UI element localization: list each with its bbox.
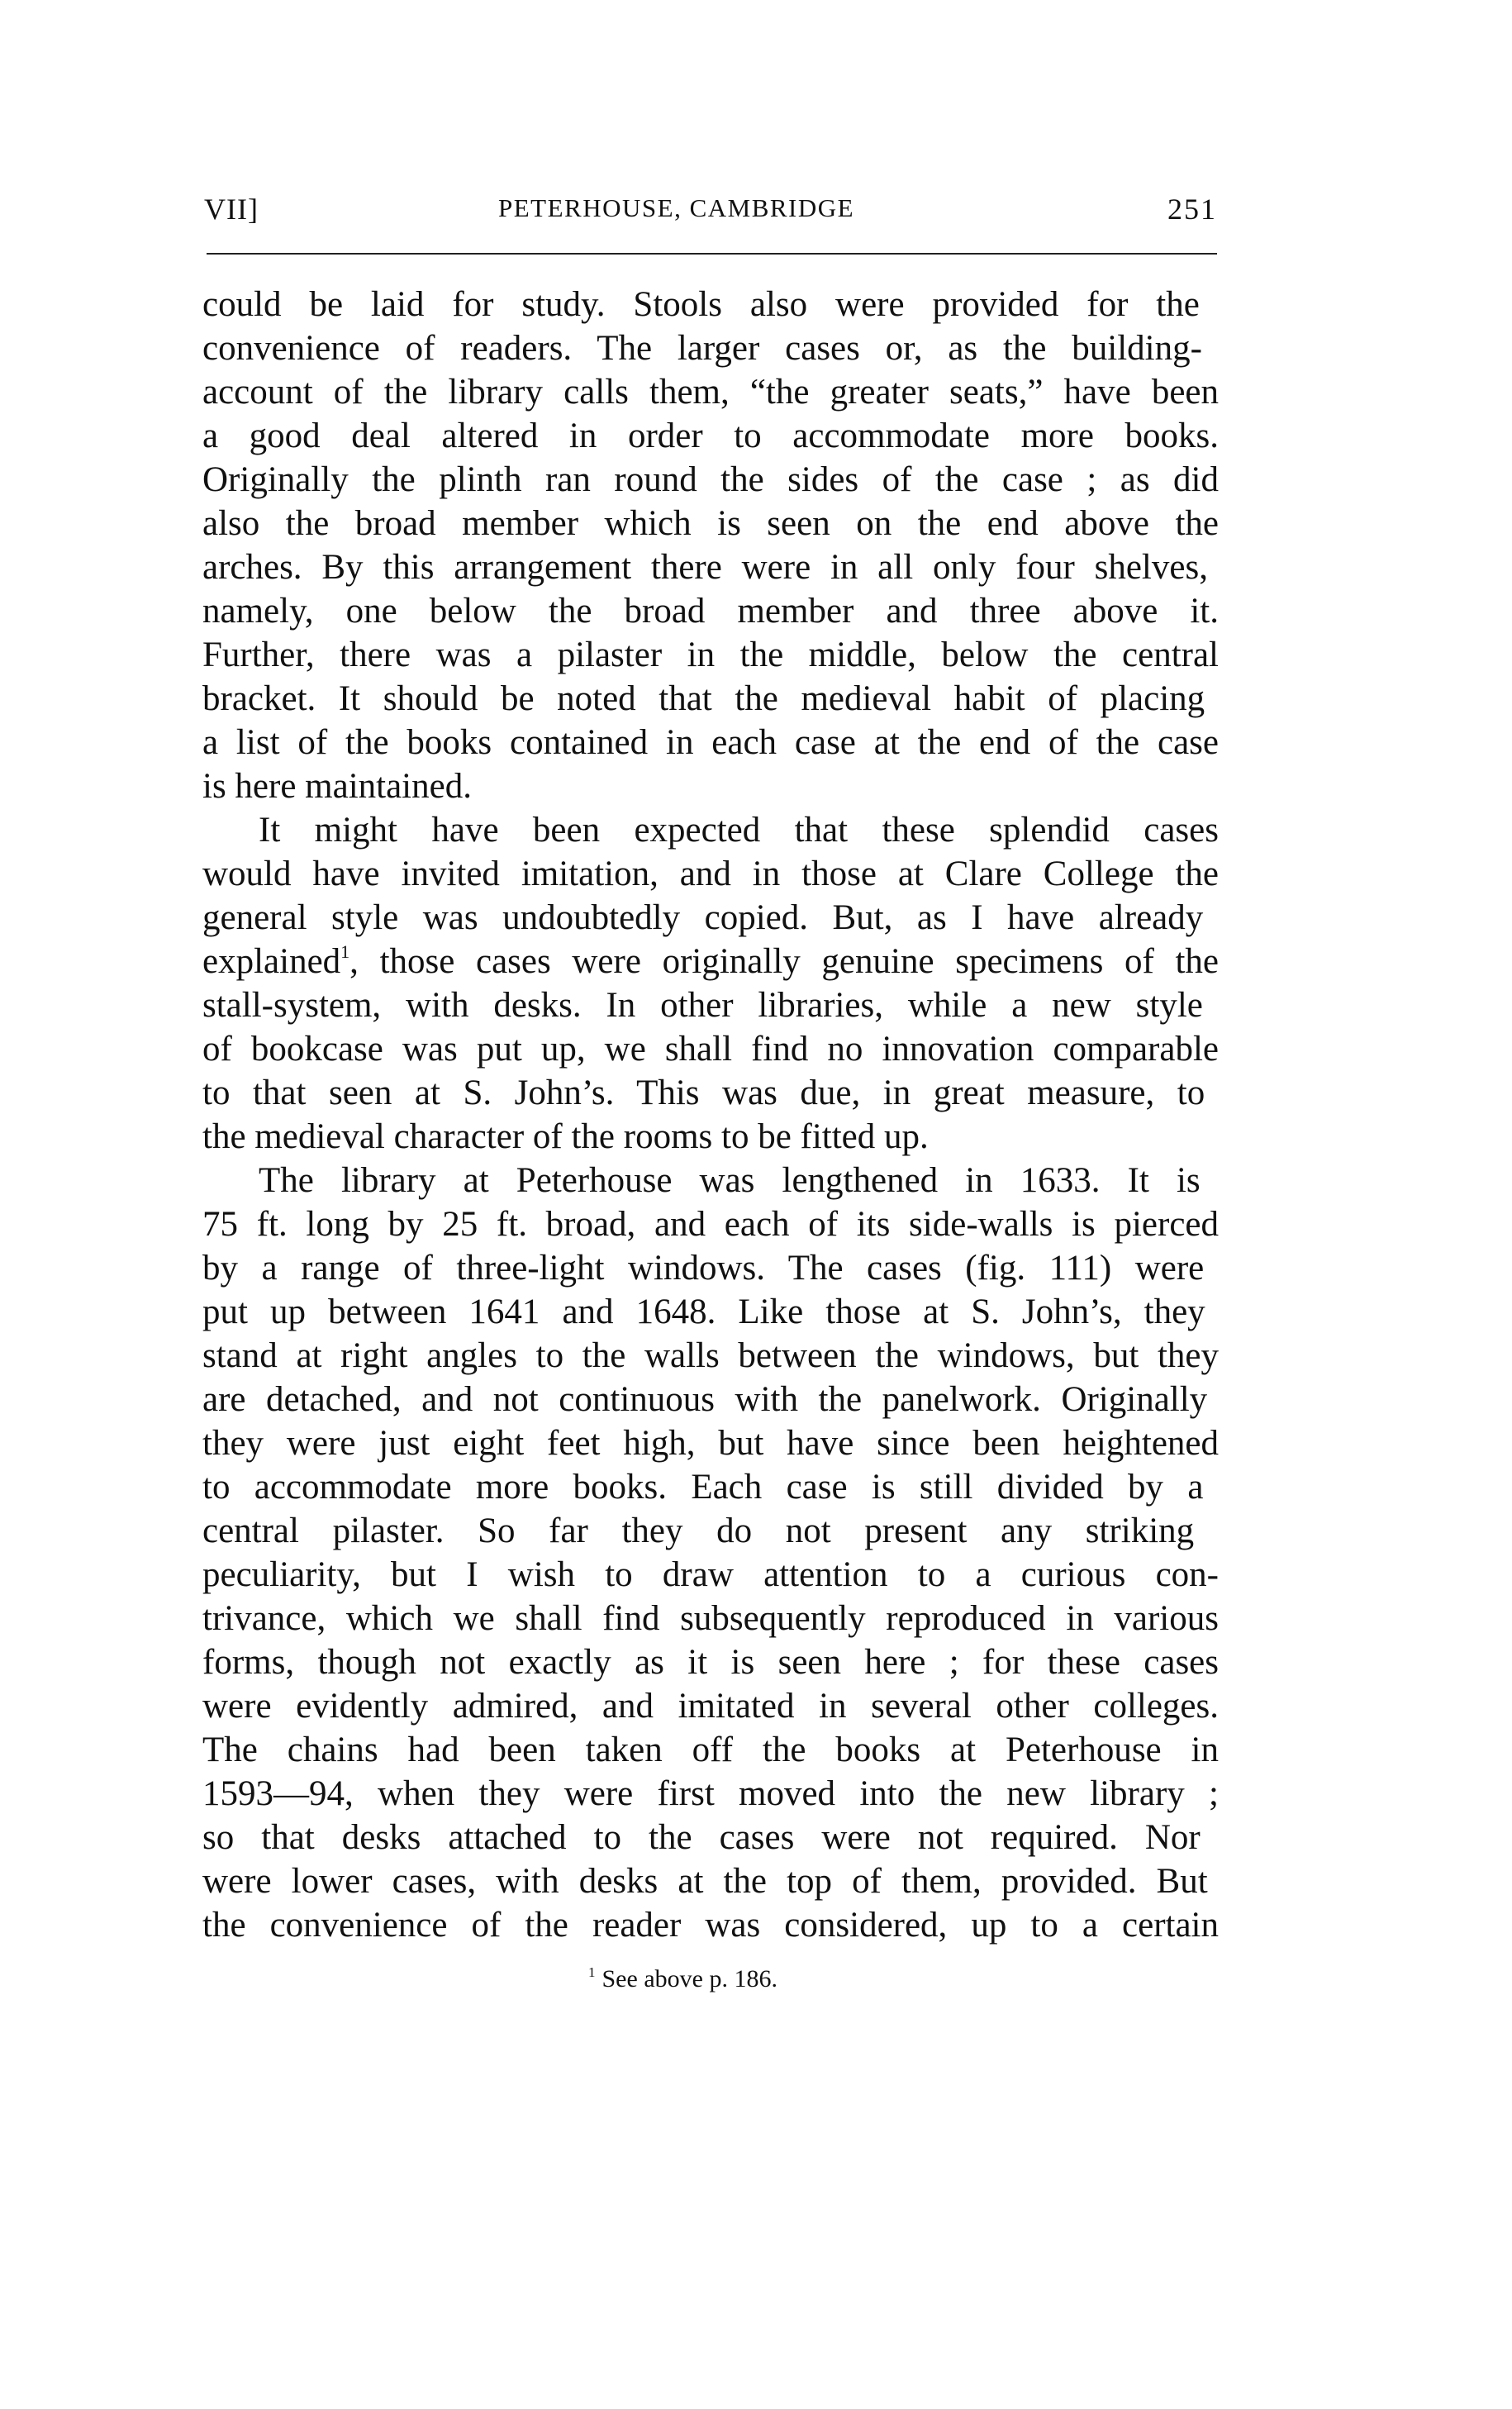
text-line: so that desks attached to the cases were…: [202, 1816, 1219, 1859]
text-line: of bookcase was put up, we shall find no…: [202, 1027, 1219, 1071]
text-line: convenience of readers. The larger cases…: [202, 326, 1219, 370]
footnote-text: See above p. 186.: [602, 1965, 777, 1992]
text-line: also the broad member which is seen on t…: [202, 502, 1219, 545]
chapter-number: VII]: [204, 192, 259, 226]
text-line: stall-system, with desks. In other libra…: [202, 983, 1219, 1027]
text-line: It might have been expected that these s…: [202, 808, 1219, 852]
text-line: account of the library calls them, “the …: [202, 370, 1219, 414]
text-line: The chains had been taken off the books …: [202, 1728, 1219, 1772]
footnote: 1See above p. 186.: [588, 1965, 777, 1993]
footnote-reference[interactable]: 1: [340, 941, 349, 962]
text-line: central pilaster. So far they do not pre…: [202, 1509, 1219, 1553]
text-line: explained1, those cases were originally …: [202, 940, 1219, 983]
body-text: could be laid for study. Stools also wer…: [202, 283, 1219, 1947]
text-line: could be laid for study. Stools also wer…: [202, 283, 1219, 326]
text-line: are detached, and not continuous with th…: [202, 1378, 1219, 1421]
text-line: peculiarity, but I wish to draw attentio…: [202, 1553, 1219, 1597]
text-line: a list of the books contained in each ca…: [202, 721, 1219, 764]
running-head: VII] PETERHOUSE, CAMBRIDGE 251: [204, 192, 1217, 228]
text-line: they were just eight feet high, but have…: [202, 1421, 1219, 1465]
book-page: VII] PETERHOUSE, CAMBRIDGE 251 could be …: [0, 0, 1512, 2409]
text-line: is here maintained.: [202, 764, 1219, 808]
text-line: forms, though not exactly as it is seen …: [202, 1640, 1219, 1684]
text-fragment: , those cases were originally genuine sp…: [349, 942, 1219, 981]
text-line: Further, there was a pilaster in the mid…: [202, 633, 1219, 677]
text-line: stand at right angles to the walls betwe…: [202, 1334, 1219, 1378]
page-number: 251: [1167, 192, 1217, 226]
text-line: trivance, which we shall find subsequent…: [202, 1597, 1219, 1640]
text-line: arches. By this arrangement there were i…: [202, 545, 1219, 589]
text-line: to that seen at S. John’s. This was due,…: [202, 1071, 1219, 1115]
text-line: were lower cases, with desks at the top …: [202, 1859, 1219, 1903]
text-line: general style was undoubtedly copied. Bu…: [202, 896, 1219, 940]
text-line: by a range of three-light windows. The c…: [202, 1246, 1219, 1290]
text-line: were evidently admired, and imitated in …: [202, 1684, 1219, 1728]
text-line: a good deal altered in order to accommod…: [202, 414, 1219, 458]
running-title: PETERHOUSE, CAMBRIDGE: [498, 193, 854, 223]
text-line: namely, one below the broad member and t…: [202, 589, 1219, 633]
text-line: put up between 1641 and 1648. Like those…: [202, 1290, 1219, 1334]
text-line: The library at Peterhouse was lengthened…: [202, 1159, 1219, 1202]
header-rule: [207, 253, 1217, 255]
text-line: would have invited imitation, and in tho…: [202, 852, 1219, 896]
text-line: to accommodate more books. Each case is …: [202, 1465, 1219, 1509]
text-line: the medieval character of the rooms to b…: [202, 1115, 1219, 1159]
text-line: 1593—94, when they were first moved into…: [202, 1772, 1219, 1816]
text-line: Originally the plinth ran round the side…: [202, 458, 1219, 502]
footnote-marker: 1: [588, 1964, 596, 1980]
text-line: the convenience of the reader was consid…: [202, 1903, 1219, 1947]
text-fragment: explained: [202, 942, 340, 981]
text-line: bracket. It should be noted that the med…: [202, 677, 1219, 721]
text-line: 75 ft. long by 25 ft. broad, and each of…: [202, 1202, 1219, 1246]
